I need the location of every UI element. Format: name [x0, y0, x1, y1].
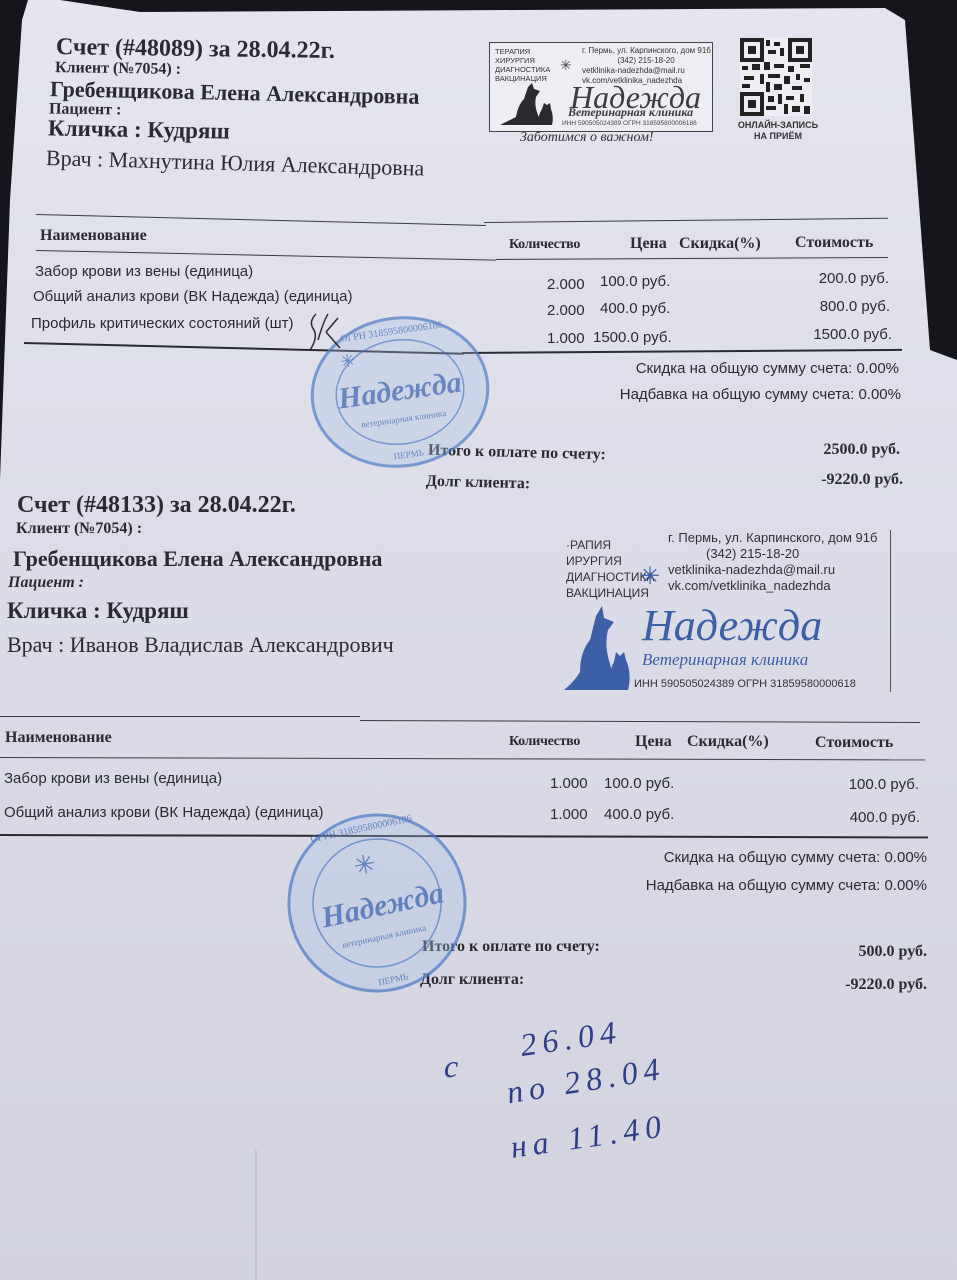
item-cost: 100.0 руб. [849, 776, 919, 793]
item-cost: 200.0 руб. [819, 270, 889, 287]
invoice-discount: Скидка на общую сумму счета: 0.00% [664, 849, 927, 866]
item-name: Общий анализ крови (ВК Надежда) (единица… [4, 804, 323, 821]
total-value: 500.0 руб. [859, 943, 927, 961]
col-header-cost: Стоимость [795, 234, 873, 252]
patient-label: Пациент : [8, 574, 84, 592]
service-item: ·РАПИЯ [566, 537, 654, 553]
star-icon: ✳ [560, 57, 572, 74]
col-header-name: Наименование [40, 227, 147, 245]
item-cost: 800.0 руб. [820, 298, 890, 315]
item-qty: 1.000 [550, 775, 588, 792]
clinic-phone: (342) 215-18-20 [582, 56, 710, 66]
service-item: ДИАГНОСТИКА [495, 65, 550, 74]
client-name: Гребенщикова Елена Александровна [13, 546, 382, 572]
item-qty: 2.000 [547, 276, 585, 293]
clinic-stamp: Надежда ветеринарная клиника ОГРН 318595… [282, 808, 472, 998]
clinic-email: vetklinika-nadezhda@mail.ru [582, 66, 710, 76]
item-price: 1500.0 руб. [593, 329, 672, 346]
debt-value: -9220.0 руб. [821, 471, 903, 489]
dog-cat-icon [498, 81, 558, 127]
debt-label: Долг клиента: [426, 473, 531, 494]
clinic-phone: (342) 215-18-20 [668, 546, 877, 562]
clinic-address: г. Пермь, ул. Карпинского, дом 91б [582, 46, 710, 56]
item-qty: 1.000 [547, 330, 585, 347]
clinic-services: ТЕРАПИЯ ХИРУРГИЯ ДИАГНОСТИКА ВАКЦИНАЦИЯ [495, 47, 550, 83]
item-name: Общий анализ крови (ВК Надежда) (единица… [33, 288, 352, 305]
doctor-name: Врач : Иванов Владислав Александрович [7, 632, 394, 658]
clinic-address: г. Пермь, ул. Карпинского, дом 91б [668, 530, 877, 546]
star-icon: ✳ [640, 562, 660, 591]
item-cost: 1500.0 руб. [813, 326, 892, 343]
col-header-discount: Скидка(%) [687, 733, 769, 751]
invoice-title: Счет (#48133) за 28.04.22г. [17, 492, 296, 519]
col-header-quantity: Количество [509, 237, 580, 253]
col-header-discount: Скидка(%) [679, 235, 761, 253]
clinic-brand: Надежда [642, 600, 822, 651]
clinic-contacts: г. Пермь, ул. Карпинского, дом 91б (342)… [668, 530, 877, 594]
service-item: ХИРУРГИЯ [495, 56, 550, 65]
item-name: Профиль критических состояний (шт) [31, 315, 294, 332]
item-cost: 400.0 руб. [850, 809, 920, 826]
handwritten-from-prefix: с [444, 1048, 464, 1085]
clinic-subtitle: Ветеринарная клиника [642, 650, 808, 670]
client-label: Клиент (№7054) : [16, 520, 142, 538]
clinic-subtitle: Ветеринарная клиника [568, 105, 693, 120]
clinic-slogan: Заботимся о важном! [520, 130, 654, 146]
table-top-rule [0, 716, 360, 717]
pet-name: Кличка : Кудряш [48, 115, 230, 144]
qr-code-icon[interactable] [740, 38, 812, 116]
item-name: Забор крови из вены (единица) [4, 770, 222, 787]
qr-caption-line2: НА ПРИЁМ [736, 131, 820, 142]
debt-value: -9220.0 руб. [845, 976, 927, 994]
clinic-logo: ТЕРАПИЯ ХИРУРГИЯ ДИАГНОСТИКА ВАКЦИНАЦИЯ … [489, 42, 713, 132]
invoice-markup: Надбавка на общую сумму счета: 0.00% [646, 877, 927, 894]
col-header-price: Цена [635, 733, 672, 751]
item-qty: 1.000 [550, 806, 588, 823]
paper-fold [255, 1150, 257, 1280]
clinic-registration: ИНН 590505024389 ОГРН 31859580000618 [634, 678, 856, 690]
item-name: Забор крови из вены (единица) [35, 263, 253, 280]
invoice-discount: Скидка на общую сумму счета: 0.00% [636, 360, 899, 377]
item-price: 400.0 руб. [604, 806, 674, 823]
item-price: 100.0 руб. [600, 273, 670, 290]
item-price: 400.0 руб. [600, 300, 670, 317]
item-price: 100.0 руб. [604, 775, 674, 792]
pet-name: Кличка : Кудряш [7, 598, 189, 624]
col-header-price: Цена [630, 235, 667, 253]
clinic-vk: vk.com/vetklinika_nadezhda [668, 578, 877, 594]
invoice-markup: Надбавка на общую сумму счета: 0.00% [620, 386, 901, 403]
qr-caption: ОНЛАЙН-ЗАПИСЬ НА ПРИЁМ [736, 120, 820, 142]
clinic-registration: ИНН 590505024389 ОГРН 318595800006186 [562, 120, 697, 127]
dog-cat-icon [562, 602, 638, 692]
total-value: 2500.0 руб. [824, 441, 900, 459]
service-item: ТЕРАПИЯ [495, 47, 550, 56]
col-header-cost: Стоимость [815, 734, 893, 752]
col-header-quantity: Количество [509, 734, 580, 750]
item-qty: 2.000 [547, 302, 585, 319]
clinic-logo: ·РАПИЯ ИРУРГИЯ ДИАГНОСТИКА ВАКЦИНАЦИЯ ✳ … [560, 530, 891, 692]
signature [304, 310, 354, 358]
col-header-name: Наименование [5, 729, 112, 747]
clinic-email: vetklinika-nadezhda@mail.ru [668, 562, 877, 578]
qr-caption-line1: ОНЛАЙН-ЗАПИСЬ [736, 120, 820, 131]
